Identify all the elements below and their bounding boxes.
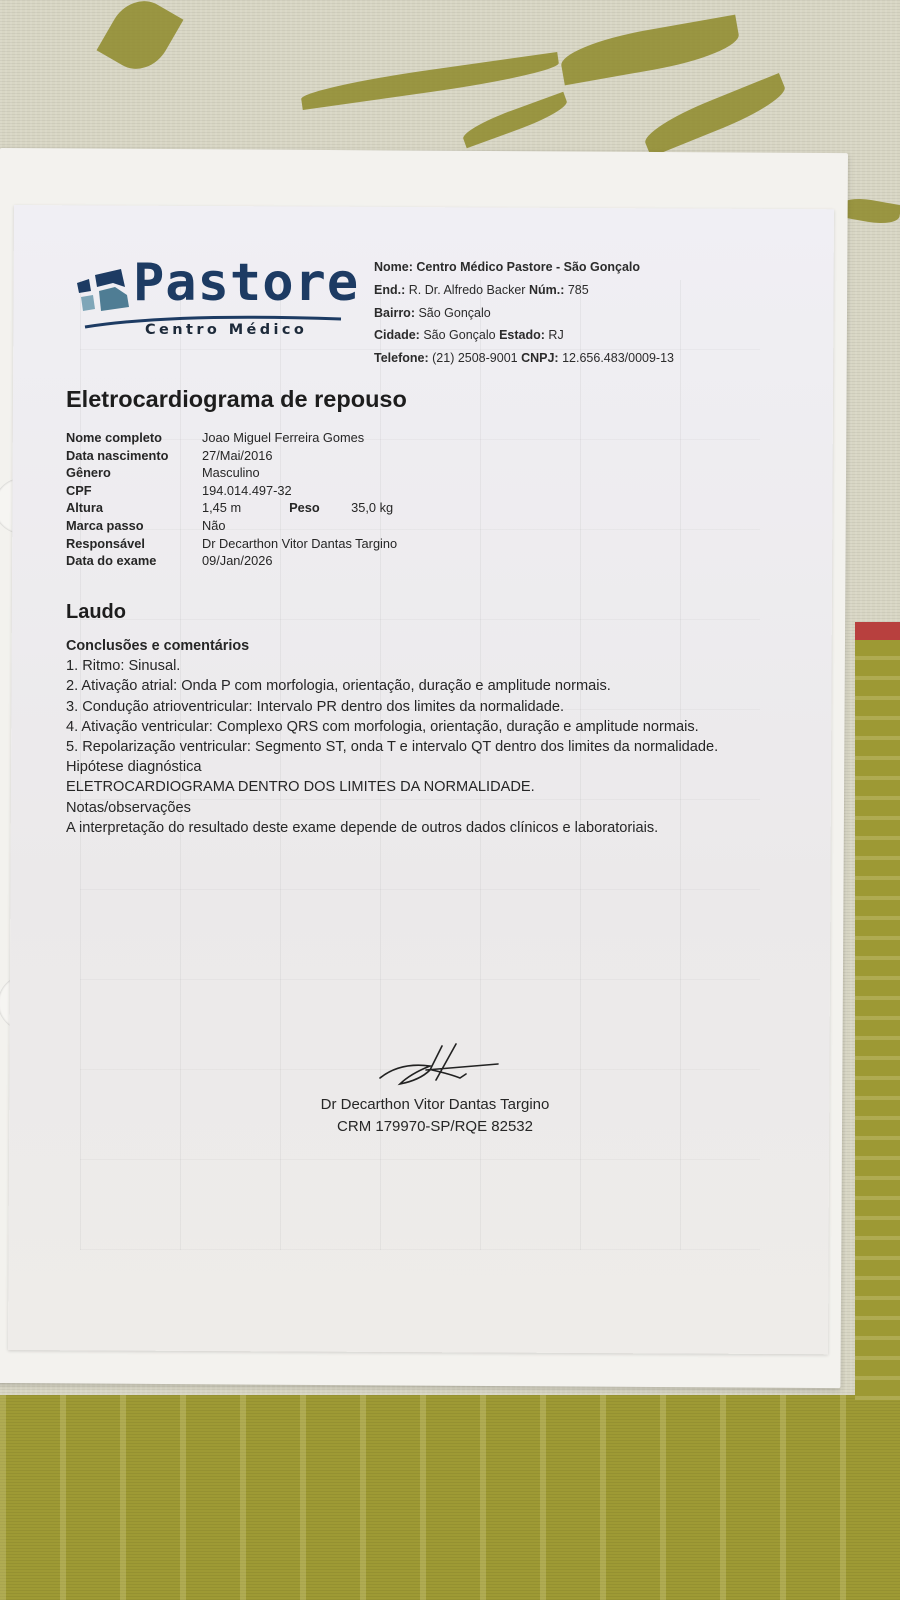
patient-field: GêneroMasculino <box>66 464 397 482</box>
logo-wordmark: Pastore <box>133 253 359 313</box>
leaf-pattern <box>558 15 742 86</box>
report-body: Conclusões e comentários 1. Ritmo: Sinus… <box>66 636 718 838</box>
patient-field: Marca passoNão <box>66 517 397 535</box>
patient-field: CPF194.014.497-32 <box>66 482 397 500</box>
leaf-pattern <box>460 92 570 148</box>
notes-text: A interpretação do resultado deste exame… <box>66 818 718 838</box>
signature-name: Dr Decarthon Vitor Dantas Targino <box>300 1094 570 1116</box>
report-item: 3. Condução atrioventricular: Intervalo … <box>66 697 718 717</box>
clinic-city-line: Cidade: São Gonçalo Estado: RJ <box>374 324 674 347</box>
leaf-pattern <box>300 52 561 110</box>
conclusions-heading: Conclusões e comentários <box>66 636 718 656</box>
patient-field: ResponsávelDr Decarthon Vitor Dantas Tar… <box>66 535 397 553</box>
leaf-pattern <box>640 73 790 157</box>
report-item: 2. Ativação atrial: Onda P com morfologi… <box>66 676 718 696</box>
signature-block: Dr Decarthon Vitor Dantas Targino CRM 17… <box>300 1040 570 1138</box>
clinic-info: Nome: Centro Médico Pastore - São Gonçal… <box>374 256 674 370</box>
patient-field: Nome completoJoao Miguel Ferreira Gomes <box>66 429 397 447</box>
document-title: Eletrocardiograma de repouso <box>66 386 407 413</box>
clinic-logo: Pastore Centro Médico <box>73 255 343 345</box>
logo-mark-icon <box>73 265 133 315</box>
patient-info: Nome completoJoao Miguel Ferreira Gomes … <box>66 429 397 570</box>
tablecloth-olive-band <box>0 1395 900 1600</box>
clinic-phone-line: Telefone: (21) 2508-9001 CNPJ: 12.656.48… <box>374 347 674 370</box>
leaf-pattern <box>839 195 900 227</box>
clinic-address-line: End.: R. Dr. Alfredo Backer Núm.: 785 <box>374 279 674 302</box>
report-item: 4. Ativação ventricular: Complexo QRS co… <box>66 717 718 737</box>
report-item: 5. Repolarização ventricular: Segmento S… <box>66 737 718 757</box>
hypothesis-heading: Hipótese diagnóstica <box>66 757 718 777</box>
tablecloth-olive-edge <box>855 640 900 1400</box>
patient-field: Altura1,45 mPeso35,0 kg <box>66 499 397 517</box>
patient-field: Data nascimento27/Mai/2016 <box>66 447 397 465</box>
report-item: 1. Ritmo: Sinusal. <box>66 656 718 676</box>
clinic-district-line: Bairro: São Gonçalo <box>374 302 674 325</box>
signature-scribble <box>370 1040 500 1092</box>
leaf-pattern <box>97 0 184 80</box>
clinic-name-line: Nome: Centro Médico Pastore - São Gonçal… <box>374 256 674 279</box>
tablecloth-red-stripe <box>855 622 900 640</box>
signature-registration: CRM 179970-SP/RQE 82532 <box>300 1116 570 1138</box>
hypothesis-text: ELETROCARDIOGRAMA DENTRO DOS LIMITES DA … <box>66 777 718 797</box>
patient-field: Data do exame09/Jan/2026 <box>66 552 397 570</box>
logo-subtitle: Centro Médico <box>145 322 307 338</box>
notes-heading: Notas/observações <box>66 798 718 818</box>
report-heading: Laudo <box>66 601 126 624</box>
